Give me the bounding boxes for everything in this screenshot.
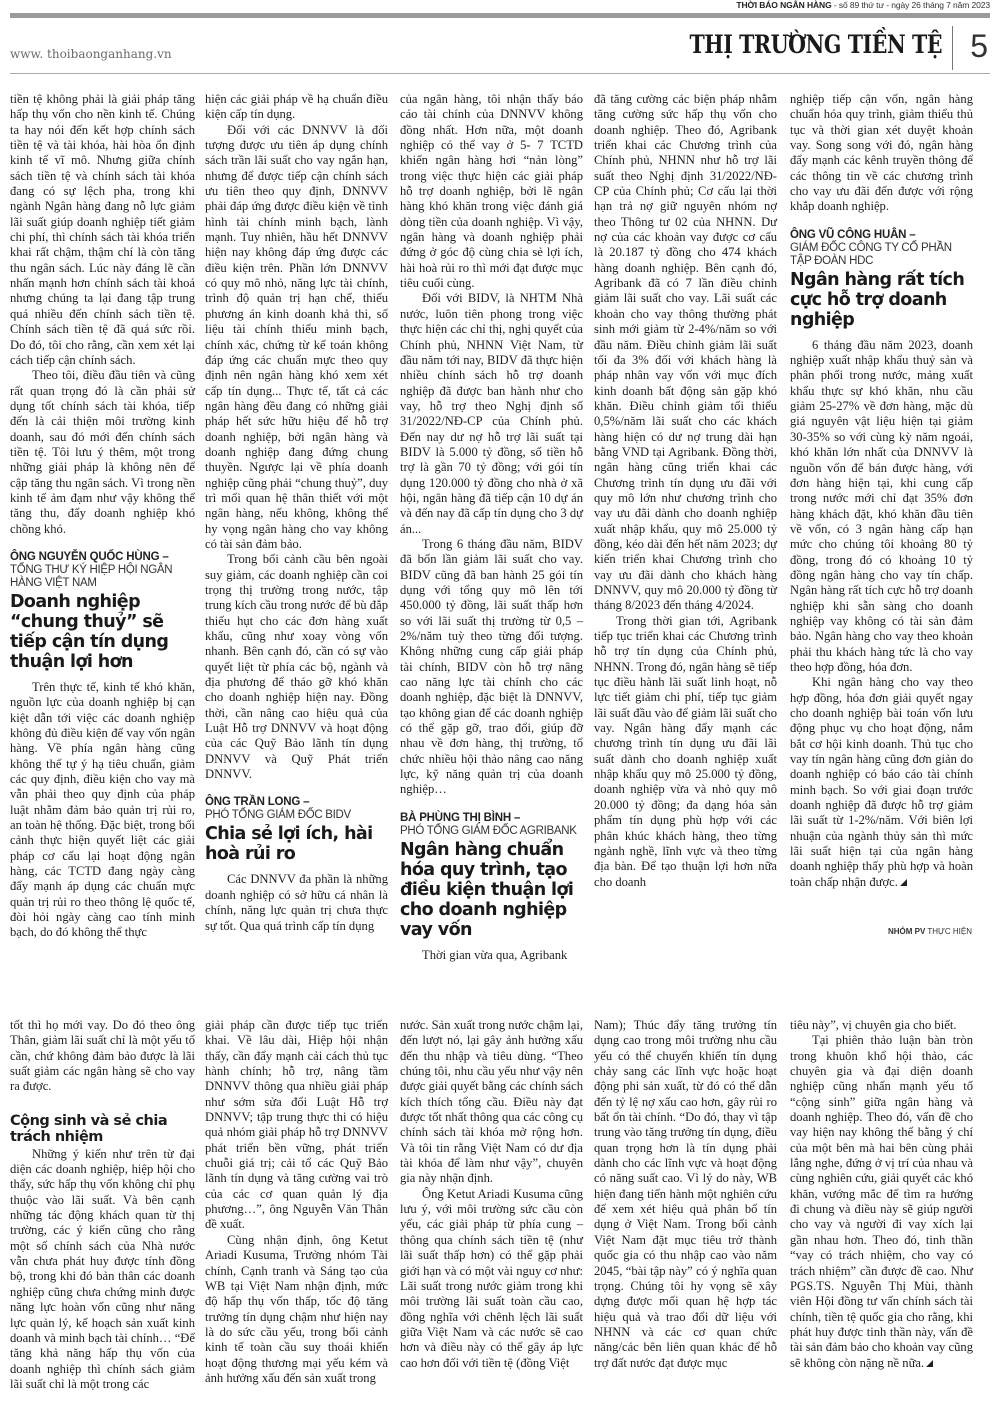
paragraph: 6 tháng đầu năm 2023, doanh nghiệp xuất … <box>790 338 973 676</box>
top-column-1: tiền tệ không phải là giải pháp tăng hấp… <box>10 92 195 941</box>
byline-phung-thi-binh: BÀ PHÙNG THỊ BÌNH – PHÓ TỔNG GIÁM ĐỐC AG… <box>400 812 583 838</box>
byline-vu-cong-huan: ÔNG VŨ CÔNG HUÂN – GIÁM ĐỐC CÔNG TY CỔ P… <box>790 229 973 268</box>
issue-line: THỜI BÁO NGÂN HÀNG - số 89 thứ tư - ngày… <box>736 0 990 10</box>
byline-role: PHÓ TỔNG GIÁM ĐỐC BIDV <box>205 809 388 822</box>
top-column-4: đã tăng cường các biện pháp nhằm tăng cư… <box>594 92 777 890</box>
paragraph: Trong thời gian tới, Agribank tiếp tục t… <box>594 614 777 890</box>
bottom-column-4: Nam); Thúc đẩy tăng trưởng tín dụng cao … <box>594 1018 777 1371</box>
bottom-column-1: tốt thì họ mới vay. Do đó theo ông Thân,… <box>10 1018 195 1392</box>
byline-name: ÔNG VŨ CÔNG HUÂN – <box>790 229 973 242</box>
paragraph: tiền tệ không phải là giải pháp tăng hấp… <box>10 92 195 368</box>
top-column-3: của ngân hàng, tôi nhận thấy báo cáo tài… <box>400 92 583 963</box>
paragraph: Các DNNVV đa phần là những doanh nghiệp … <box>205 872 388 933</box>
byline-tran-long: ÔNG TRẦN LONG – PHÓ TỔNG GIÁM ĐỐC BIDV <box>205 796 388 822</box>
paragraph: giải pháp cần được tiếp tục triển khai. … <box>205 1018 388 1233</box>
paragraph: Đối với các DNNVV là đối tượng được ưu t… <box>205 123 388 553</box>
site-url-link[interactable]: www. thoibaonganhang.vn <box>10 47 172 61</box>
end-mark-icon <box>926 1360 933 1367</box>
paragraph: tốt thì họ mới vay. Do đó theo ông Thân,… <box>10 1018 195 1095</box>
header-rule <box>10 73 990 74</box>
paragraph: Cùng nhận định, ông Ketut Ariadi Kusuma,… <box>205 1233 388 1386</box>
paragraph: nước. Sản xuất trong nước chậm lại, đến … <box>400 1018 583 1187</box>
issue-info: - số 89 thứ tư - ngày 26 tháng 7 năm 202… <box>832 0 990 10</box>
paragraph: tiêu này”, vị chuyên gia cho biết. <box>790 1018 973 1033</box>
byline-role: GIÁM ĐỐC CÔNG TY CỔ PHẦN TẬP ĐOÀN HDC <box>790 242 973 268</box>
paragraph: Thời gian vừa qua, Agribank <box>400 948 583 963</box>
paragraph: Tại phiên thảo luận bàn tròn trong khuôn… <box>790 1033 973 1371</box>
byline-name: ÔNG NGUYỄN QUỐC HÙNG – <box>10 551 195 564</box>
paragraph: của ngân hàng, tôi nhận thấy báo cáo tài… <box>400 92 583 291</box>
paragraph: Trong 6 tháng đầu năm, BIDV đã bốn lần g… <box>400 537 583 798</box>
paragraph: Khi ngân hàng cho vay theo hợp đồng, hóa… <box>790 675 973 890</box>
paragraph: Theo tôi, điều đầu tiên và cũng rất quan… <box>10 368 195 537</box>
byline-nguyen-quoc-hung: ÔNG NGUYỄN QUỐC HÙNG – TỔNG THƯ KÝ HIỆP … <box>10 551 195 590</box>
end-mark-icon <box>900 879 907 886</box>
byline-role: PHÓ TỔNG GIÁM ĐỐC AGRIBANK <box>400 825 583 838</box>
bottom-column-2: giải pháp cần được tiếp tục triển khai. … <box>205 1018 388 1386</box>
byline-role: TỔNG THƯ KÝ HIỆP HỘI NGÂN HÀNG VIỆT NAM <box>10 564 195 590</box>
paragraph: Trên thực tế, kinh tế khó khăn, nguồn lự… <box>10 680 195 941</box>
paragraph: Nam); Thúc đẩy tăng trưởng tín dụng cao … <box>594 1018 777 1371</box>
publication-name: THỜI BÁO NGÂN HÀNG <box>736 0 831 10</box>
section-title: THỊ TRƯỜNG TIỀN TỆ <box>689 30 942 59</box>
page-number: 5 <box>970 28 988 65</box>
paragraph-text: Khi ngân hàng cho vay theo hợp đồng, hóa… <box>790 675 973 888</box>
paragraph: Trong bối cảnh cầu bên ngoài suy giảm, c… <box>205 552 388 782</box>
credit-role: THỰC HIỆN <box>925 927 972 936</box>
byline-name: BÀ PHÙNG THỊ BÌNH – <box>400 812 583 825</box>
top-bar-divider <box>10 13 990 18</box>
paragraph: nghiệp tiếp cận vốn, ngân hàng chuẩn hóa… <box>790 92 973 215</box>
page-number-divider <box>952 26 953 70</box>
paragraph: Ông Ketut Ariadi Kusuma cũng lưu ý, với … <box>400 1187 583 1371</box>
bottom-column-5: tiêu này”, vị chuyên gia cho biết. Tại p… <box>790 1018 973 1371</box>
paragraph: Những ý kiến như trên từ đại diện các do… <box>10 1147 195 1393</box>
paragraph: hiện các giải pháp về hạ chuẩn điều kiện… <box>205 92 388 123</box>
subheading: Ngân hàng rất tích cực hỗ trợ doanh nghi… <box>790 270 973 330</box>
author-credit: NHÓM PV THỰC HIỆN <box>888 927 972 936</box>
subheading: Ngân hàng chuẩn hóa quy trình, tạo điều … <box>400 840 583 940</box>
subheading: Chia sẻ lợi ích, hài hoà rủi ro <box>205 824 388 864</box>
paragraph: Đối với BIDV, là NHTM Nhà nước, luôn tiê… <box>400 291 583 537</box>
subheading: Doanh nghiệp “chung thuỷ” sẽ tiếp cận tí… <box>10 592 195 672</box>
top-column-2: hiện các giải pháp về hạ chuẩn điều kiện… <box>205 92 388 934</box>
bottom-column-3: nước. Sản xuất trong nước chậm lại, đến … <box>400 1018 583 1371</box>
paragraph-text: Tại phiên thảo luận bàn tròn trong khuôn… <box>790 1033 973 1369</box>
top-column-5: nghiệp tiếp cận vốn, ngân hàng chuẩn hóa… <box>790 92 973 890</box>
paragraph: đã tăng cường các biện pháp nhằm tăng cư… <box>594 92 777 614</box>
subheading: Cộng sinh và sẻ chia trách nhiệm <box>10 1113 195 1145</box>
credit-name: NHÓM PV <box>888 927 925 936</box>
byline-name: ÔNG TRẦN LONG – <box>205 796 388 809</box>
